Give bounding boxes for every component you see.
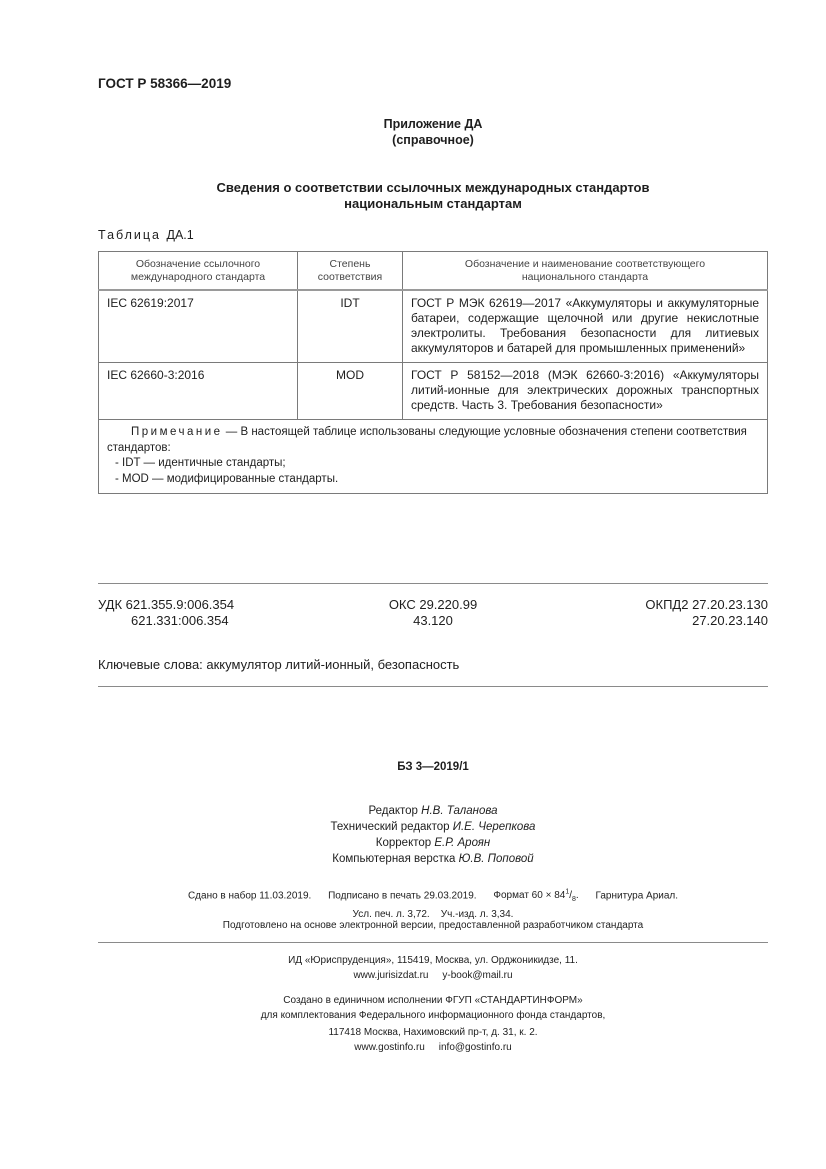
imprint-signed: Подписано в печать 29.03.2019. <box>328 890 476 901</box>
divider <box>98 942 768 943</box>
header-text: национального стандарта <box>407 271 763 284</box>
gostinfo-email-link[interactable]: info@gostinfo.ru <box>439 1042 512 1053</box>
table-note: Примечание — В настоящей таблице использ… <box>99 420 768 494</box>
section-title-line1: Сведения о соответствии ссылочных междун… <box>0 180 826 196</box>
table-header-row: Обозначение ссылочного международного ст… <box>99 252 768 291</box>
annex-heading: Приложение ДА (справочное) <box>0 116 826 148</box>
okpd-line: ОКПД2 27.20.23.130 <box>645 597 768 613</box>
cell-degree: IDT <box>298 290 403 363</box>
publisher-email-link[interactable]: y-book@mail.ru <box>442 970 512 981</box>
cell-degree: MOD <box>298 363 403 420</box>
header-text: Обозначение и наименование соответствующ… <box>407 258 763 271</box>
cell-intl-standard: IEC 62660-3:2016 <box>99 363 298 420</box>
divider <box>98 583 768 584</box>
imprint: Сдано в набор 11.03.2019. Подписано в пе… <box>0 885 826 922</box>
created-line: для комплектования Федерального информац… <box>0 1008 826 1023</box>
divider <box>98 686 768 687</box>
header-intl-standard: Обозначение ссылочного международного ст… <box>99 252 298 291</box>
section-title-line2: национальным стандартам <box>0 196 826 212</box>
document-code: ГОСТ Р 58366—2019 <box>98 76 231 91</box>
table-label: Таблица ДА.1 <box>98 228 194 242</box>
staff-line: Корректор Е.Р. Ароян <box>0 835 826 851</box>
imprint-pub-sheets: Уч.-изд. л. 3,34. <box>441 909 514 920</box>
address-line: 117418 Москва, Нахимовский пр-т, д. 31, … <box>0 1025 826 1040</box>
cell-intl-standard: IEC 62619:2017 <box>99 290 298 363</box>
imprint-typeface: Гарнитура Ариал. <box>595 890 678 901</box>
staff-role: Компьютерная верстка <box>332 853 455 865</box>
staff-line: Технический редактор И.Е. Черепкова <box>0 819 826 835</box>
gostinfo-site-link[interactable]: www.gostinfo.ru <box>354 1042 425 1053</box>
table-row: IEC 62660-3:2016 MOD ГОСТ Р 58152—2018 (… <box>99 363 768 420</box>
imprint-line1: Сдано в набор 11.03.2019. Подписано в пе… <box>0 885 826 907</box>
okpd-codes: ОКПД2 27.20.23.130 27.20.23.140 <box>645 597 768 629</box>
staff-role: Корректор <box>376 837 431 849</box>
cell-national-standard: ГОСТ Р МЭК 62619—2017 «Аккумуляторы и ак… <box>403 290 768 363</box>
publisher-info: ИД «Юриспруденция», 115419, Москва, ул. … <box>0 953 826 983</box>
publisher-site-link[interactable]: www.jurisizdat.ru <box>353 970 428 981</box>
annex-title: Приложение ДА <box>0 116 826 132</box>
section-title: Сведения о соответствии ссылочных междун… <box>0 180 826 212</box>
header-text: Степень <box>302 258 398 271</box>
annex-subtitle: (справочное) <box>0 132 826 148</box>
staff-line: Редактор Н.В. Таланова <box>0 803 826 819</box>
table-row: IEC 62619:2017 IDT ГОСТ Р МЭК 62619—2017… <box>99 290 768 363</box>
note-label: Примечание <box>131 426 223 438</box>
standartinform-address: 117418 Москва, Нахимовский пр-т, д. 31, … <box>0 1025 826 1055</box>
publisher-address: ИД «Юриспруденция», 115419, Москва, ул. … <box>0 953 826 968</box>
note-text: Примечание — В настоящей таблице использ… <box>107 425 759 456</box>
prepared-note: Подготовлено на основе электронной верси… <box>0 920 826 931</box>
staff-name: Н.В. Таланова <box>421 805 497 817</box>
table-label-number: ДА.1 <box>167 228 194 242</box>
staff-name: И.Е. Черепкова <box>453 821 536 833</box>
standartinform-contacts: www.gostinfo.ru info@gostinfo.ru <box>0 1040 826 1055</box>
staff-line: Компьютерная верстка Ю.В. Поповой <box>0 851 826 867</box>
header-text: соответствия <box>302 271 398 284</box>
note-item: - MOD — модифицированные стандарты. <box>107 472 759 488</box>
header-text: Обозначение ссылочного <box>103 258 293 271</box>
staff-credits: Редактор Н.В. Таланова Технический редак… <box>0 803 826 867</box>
created-info: Создано в единичном исполнении ФГУП «СТА… <box>0 993 826 1023</box>
created-line: Создано в единичном исполнении ФГУП «СТА… <box>0 993 826 1008</box>
format-sup: 1 <box>565 889 569 896</box>
cell-national-standard: ГОСТ Р 58152—2018 (МЭК 62660-3:2016) «Ак… <box>403 363 768 420</box>
header-national-standard: Обозначение и наименование соответствующ… <box>403 252 768 291</box>
staff-role: Редактор <box>368 805 418 817</box>
table-label-word: Таблица <box>98 228 161 242</box>
staff-name: Ю.В. Поповой <box>459 853 534 865</box>
publisher-contacts: www.jurisizdat.ru y-book@mail.ru <box>0 968 826 983</box>
staff-name: Е.Р. Ароян <box>434 837 490 849</box>
format-sub: 8 <box>572 896 576 903</box>
okpd-line: 27.20.23.140 <box>645 613 768 629</box>
staff-role: Технический редактор <box>331 821 450 833</box>
keywords: Ключевые слова: аккумулятор литий-ионный… <box>98 657 459 672</box>
format-text: Формат 60 × 84 <box>493 890 565 901</box>
imprint-print-sheets: Усл. печ. л. 3,72. <box>353 909 430 920</box>
correspondence-table: Обозначение ссылочного международного ст… <box>98 251 768 494</box>
header-text: международного стандарта <box>103 271 293 284</box>
header-degree: Степень соответствия <box>298 252 403 291</box>
bz-code: БЗ 3—2019/1 <box>0 761 826 773</box>
note-item: - IDT — идентичные стандарты; <box>107 456 759 472</box>
imprint-format: Формат 60 × 841/8. <box>493 890 578 901</box>
table-note-row: Примечание — В настоящей таблице использ… <box>99 420 768 494</box>
imprint-sent: Сдано в набор 11.03.2019. <box>188 890 311 901</box>
